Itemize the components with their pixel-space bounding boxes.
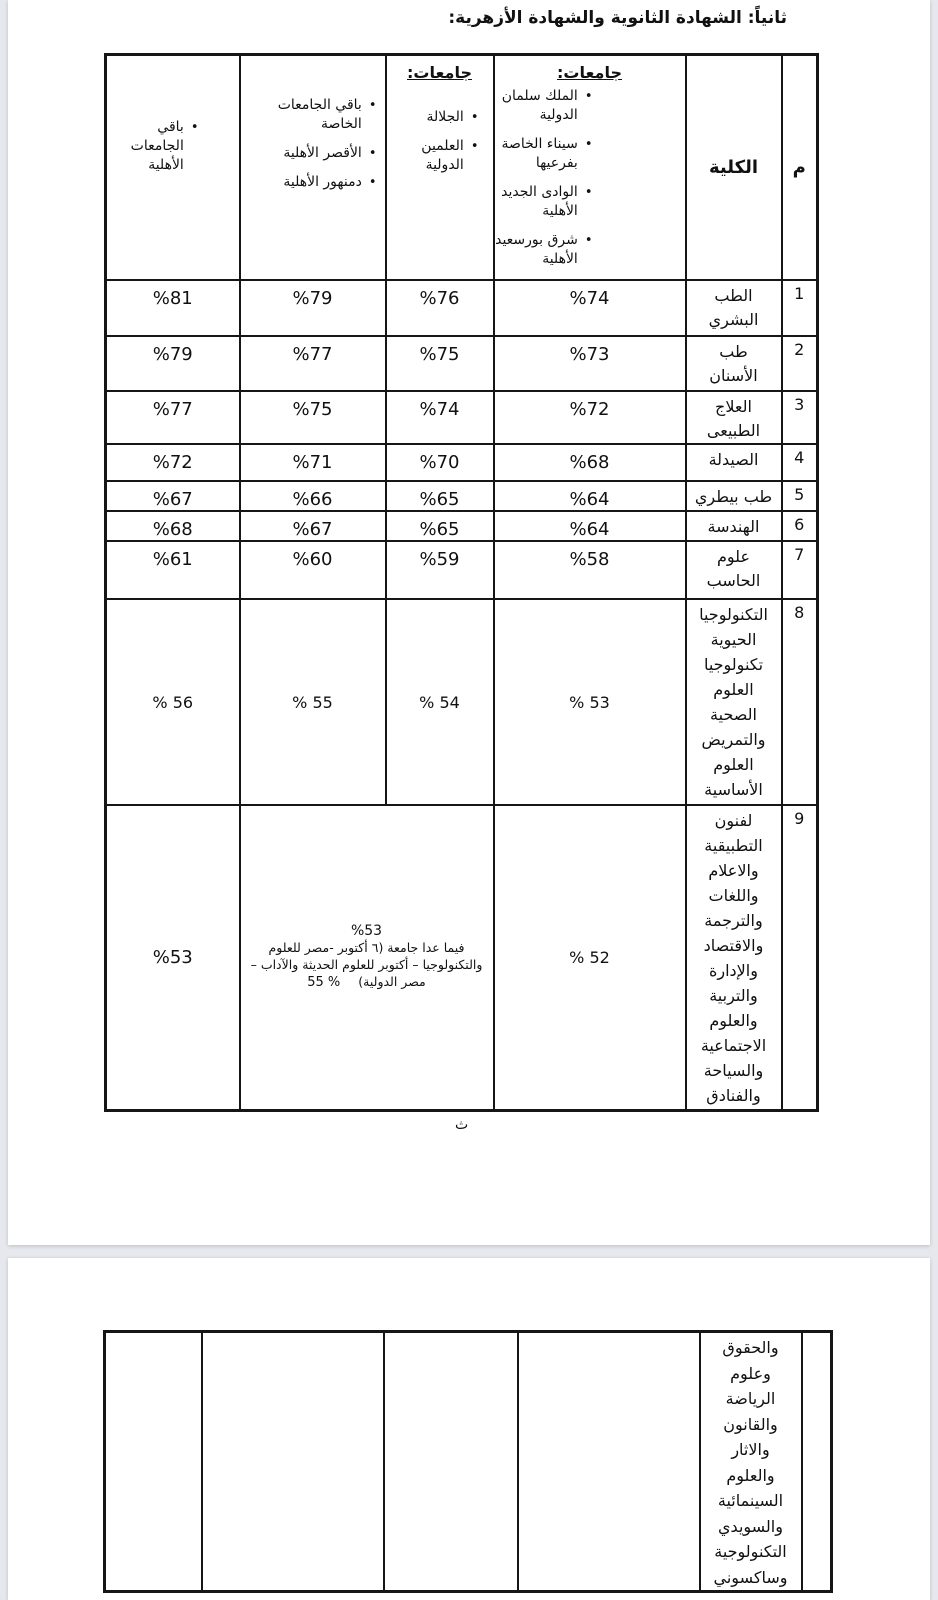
faculty-name: الصيدلة: [686, 444, 782, 481]
university-name: العلمين الدولية: [421, 137, 464, 175]
group3-list: •باقي الجامعات الخاصة •الأقصر الأهلية •د…: [241, 96, 385, 192]
list-item: •باقي الجامعات الأهلية: [107, 118, 199, 175]
percent-cell: %77: [240, 336, 386, 391]
university-name: الملك سلمان الدولية: [495, 87, 578, 125]
document-page-2: والحقوق وعلوم الرياضة والقانون والاثار و…: [8, 1258, 930, 1600]
faculty-name: علوم الحاسب: [686, 541, 782, 599]
percent-cell: %77: [106, 391, 240, 444]
list-item: •الملك سلمان الدولية: [495, 87, 593, 125]
admission-table-continuation: والحقوق وعلوم الرياضة والقانون والاثار و…: [103, 1330, 833, 1593]
table-row: 5 طب بيطري %64 %65 %66 %67: [106, 481, 818, 511]
table-row: والحقوق وعلوم الرياضة والقانون والاثار و…: [105, 1332, 832, 1592]
percent-cell: %66: [240, 481, 386, 511]
percent-cell: %68: [106, 511, 240, 541]
university-name: الوادى الجديد الأهلية: [501, 183, 578, 221]
table-row: 1 الطب البشري %74 %76 %79 %81: [106, 280, 818, 336]
table-row: 2 طب الأسنان %73 %75 %77 %79: [106, 336, 818, 391]
percent-cell: %59: [386, 541, 494, 599]
exception-note: فيما عدا جامعة (٦ أكتوبر -مصر للعلوم وال…: [241, 939, 493, 991]
percent-cell: %65: [386, 511, 494, 541]
col-header-universities-group1: جامعات: •الملك سلمان الدولية •سيناء الخا…: [494, 55, 686, 281]
faculty-name: الطب البشري: [686, 280, 782, 336]
bullet-icon: •: [585, 231, 593, 269]
list-item: •دمنهور الأهلية: [241, 173, 377, 192]
table-row: 4 الصيدلة %68 %70 %71 %72: [106, 444, 818, 481]
row-number: 9: [782, 805, 818, 1110]
group1-list: •الملك سلمان الدولية •سيناء الخاصة بفرعي…: [495, 87, 685, 269]
bullet-icon: •: [585, 183, 593, 221]
percent-cell: %61: [106, 541, 240, 599]
percent-cell: %72: [494, 391, 686, 444]
group2-title: جامعات:: [387, 63, 493, 82]
row-number: 4: [782, 444, 818, 481]
list-item: •الجلالة: [387, 108, 479, 127]
table-row: 6 الهندسة %64 %65 %67 %68: [106, 511, 818, 541]
percent-cell: % 54: [386, 599, 494, 805]
percent-cell: %75: [240, 391, 386, 444]
page-title: ثانياً: الشهادة الثانوية والشهادة الأزهر…: [448, 8, 787, 28]
percent-cell: %67: [106, 481, 240, 511]
faculty-name-continuation: والحقوق وعلوم الرياضة والقانون والاثار و…: [700, 1332, 802, 1592]
percent-cell: %58: [494, 541, 686, 599]
empty-cell: [802, 1332, 832, 1592]
table-row: 7 علوم الحاسب %58 %59 %60 %61: [106, 541, 818, 599]
table-row: 9 لفنون التطبيقية والاعلام واللغات والتر…: [106, 805, 818, 1110]
percent-cell: % 53: [494, 599, 686, 805]
percent-cell: %68: [494, 444, 686, 481]
faculty-name: التكنولوجيا الحيوية تكنولوجيا العلوم الص…: [686, 599, 782, 805]
empty-cell: [518, 1332, 700, 1592]
percent-cell: % 52: [494, 805, 686, 1110]
admission-percentages-table: م الكلية جامعات: •الملك سلمان الدولية •س…: [104, 53, 819, 1112]
university-name: شرق بورسعيد الأهلية: [495, 231, 578, 269]
list-item: •الأقصر الأهلية: [241, 144, 377, 163]
col-header-faculty: الكلية: [686, 55, 782, 281]
col-header-num: م: [782, 55, 818, 281]
faculty-name: الهندسة: [686, 511, 782, 541]
percent-cell: %79: [240, 280, 386, 336]
percent-cell: %72: [106, 444, 240, 481]
faculty-name: طب بيطري: [686, 481, 782, 511]
table-header-row: م الكلية جامعات: •الملك سلمان الدولية •س…: [106, 55, 818, 281]
col-header-universities-group4: •باقي الجامعات الأهلية: [106, 55, 240, 281]
row-number: 5: [782, 481, 818, 511]
percent-cell: %65: [386, 481, 494, 511]
percent-cell: %79: [106, 336, 240, 391]
university-name: الجلالة: [427, 108, 464, 127]
bullet-icon: •: [471, 137, 479, 175]
percent-cell: % 56: [106, 599, 240, 805]
table-row: 3 العلاج الطبيعى %72 %74 %75 %77: [106, 391, 818, 444]
empty-cell: [202, 1332, 384, 1592]
percent-cell: %81: [106, 280, 240, 336]
group4-list: •باقي الجامعات الأهلية: [107, 118, 239, 175]
university-name: باقي الجامعات الخاصة: [278, 96, 362, 134]
university-name: باقي الجامعات الأهلية: [131, 118, 184, 175]
university-name: الأقصر الأهلية: [283, 144, 362, 163]
row-number: 6: [782, 511, 818, 541]
bullet-icon: •: [191, 118, 199, 175]
percent-cell: %76: [386, 280, 494, 336]
list-item: •باقي الجامعات الخاصة: [241, 96, 377, 134]
bullet-icon: •: [585, 135, 593, 173]
faculty-name: العلاج الطبيعى: [686, 391, 782, 444]
table-row: 8 التكنولوجيا الحيوية تكنولوجيا العلوم ا…: [106, 599, 818, 805]
list-item: •سيناء الخاصة بفرعيها: [495, 135, 593, 173]
bullet-icon: •: [471, 108, 479, 127]
percent-cell: %73: [494, 336, 686, 391]
faculty-name: طب الأسنان: [686, 336, 782, 391]
exception-note-text: فيما عدا جامعة (٦ أكتوبر -مصر للعلوم وال…: [251, 940, 483, 989]
merged-percent-value: %53: [241, 923, 493, 939]
list-item: •شرق بورسعيد الأهلية: [495, 231, 593, 269]
percent-cell: %74: [386, 391, 494, 444]
bullet-icon: •: [369, 173, 377, 192]
percent-cell: %71: [240, 444, 386, 481]
row-number: 2: [782, 336, 818, 391]
percent-cell: %67: [240, 511, 386, 541]
percent-cell: %64: [494, 481, 686, 511]
percent-cell: %53: [106, 805, 240, 1110]
group1-title: جامعات:: [495, 63, 685, 82]
percent-cell: %70: [386, 444, 494, 481]
row-number: 7: [782, 541, 818, 599]
col-header-universities-group2: جامعات: •الجلالة •العلمين الدولية: [386, 55, 494, 281]
percent-cell: %60: [240, 541, 386, 599]
merged-percent-note-cell: %53 فيما عدا جامعة (٦ أكتوبر -مصر للعلوم…: [240, 805, 494, 1110]
group2-list: •الجلالة •العلمين الدولية: [387, 108, 493, 175]
page-footer-mark: ث: [455, 1117, 468, 1133]
university-name: دمنهور الأهلية: [283, 173, 361, 192]
empty-cell: [384, 1332, 518, 1592]
percent-cell: %64: [494, 511, 686, 541]
faculty-name: لفنون التطبيقية والاعلام واللغات والترجم…: [686, 805, 782, 1110]
bullet-icon: •: [369, 144, 377, 163]
list-item: •العلمين الدولية: [387, 137, 479, 175]
percent-cell: % 55: [240, 599, 386, 805]
bullet-icon: •: [585, 87, 593, 125]
col-header-universities-group3: •باقي الجامعات الخاصة •الأقصر الأهلية •د…: [240, 55, 386, 281]
row-number: 1: [782, 280, 818, 336]
empty-cell: [105, 1332, 202, 1592]
percent-cell: %75: [386, 336, 494, 391]
university-name: سيناء الخاصة بفرعيها: [501, 135, 577, 173]
bullet-icon: •: [369, 96, 377, 134]
row-number: 8: [782, 599, 818, 805]
document-page-1: ثانياً: الشهادة الثانوية والشهادة الأزهر…: [8, 0, 930, 1245]
row-number: 3: [782, 391, 818, 444]
list-item: •الوادى الجديد الأهلية: [495, 183, 593, 221]
percent-cell: %74: [494, 280, 686, 336]
exception-percent-value: 55 %: [307, 975, 340, 990]
